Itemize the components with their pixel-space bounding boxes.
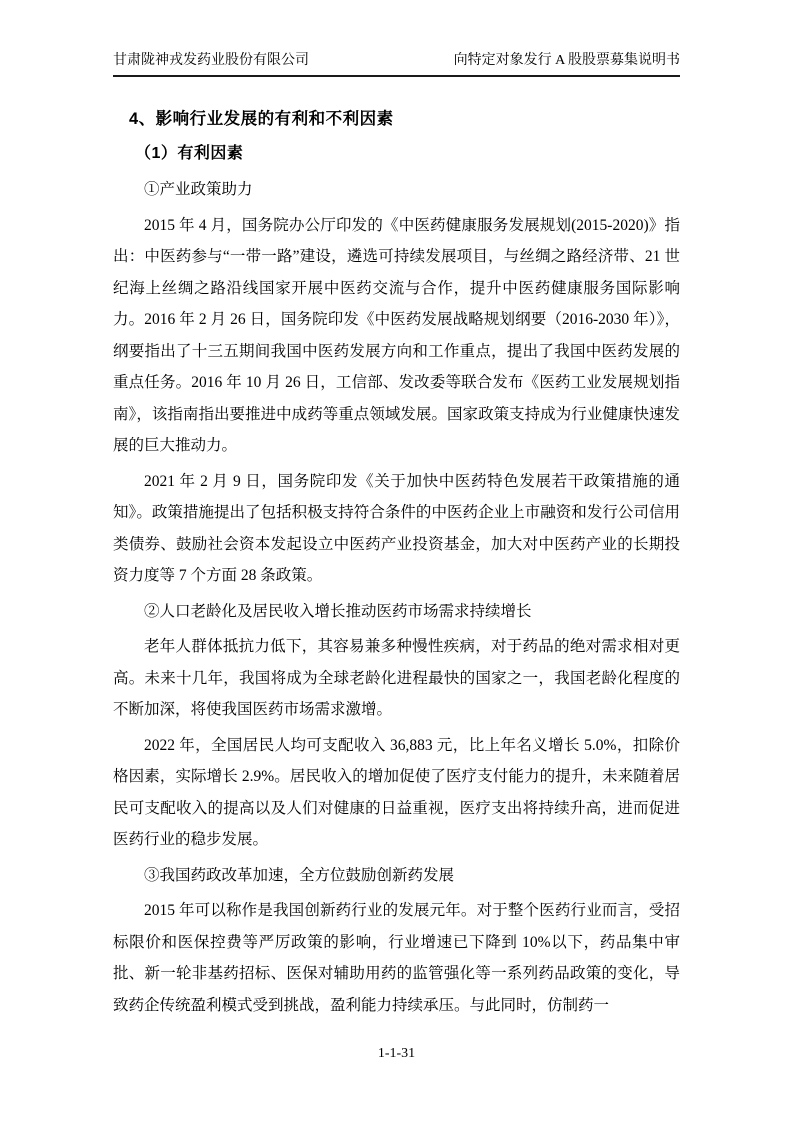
document-page: 甘肃陇神戎发药业股份有限公司 向特定对象发行 A 股股票募集说明书 4、影响行业…	[0, 0, 793, 1122]
item-heading-1: ①产业政策助力	[113, 174, 680, 206]
header-company-name: 甘肃陇神戎发药业股份有限公司	[113, 52, 309, 70]
paragraph-4: 2022 年，全国居民人均可支配收入 36,883 元，比上年名义增长 5.0%…	[113, 730, 680, 856]
header-document-title: 向特定对象发行 A 股股票募集说明书	[454, 52, 680, 70]
subsection-heading: （1）有利因素	[135, 138, 680, 170]
paragraph-5: 2015 年可以称作是我国创新药行业的发展元年。对于整个医药行业而言，受招标限价…	[113, 895, 680, 1021]
section-heading: 4、影响行业发展的有利和不利因素	[129, 103, 680, 135]
page-header: 甘肃陇神戎发药业股份有限公司 向特定对象发行 A 股股票募集说明书	[113, 52, 680, 77]
paragraph-1: 2015 年 4 月，国务院办公厅印发的《中医药健康服务发展规划(2015-20…	[113, 210, 680, 462]
paragraph-3: 老年人群体抵抗力低下，其容易兼多种慢性疾病，对于药品的绝对需求相对更高。未来十几…	[113, 631, 680, 726]
item-heading-2: ②人口老龄化及居民收入增长推动医药市场需求持续增长	[113, 596, 680, 628]
footer-page-number: 1-1-31	[0, 1046, 793, 1062]
paragraph-2: 2021 年 2 月 9 日，国务院印发《关于加快中医药特色发展若干政策措施的通…	[113, 466, 680, 592]
item-heading-3: ③我国药政改革加速，全方位鼓励创新药发展	[113, 860, 680, 892]
